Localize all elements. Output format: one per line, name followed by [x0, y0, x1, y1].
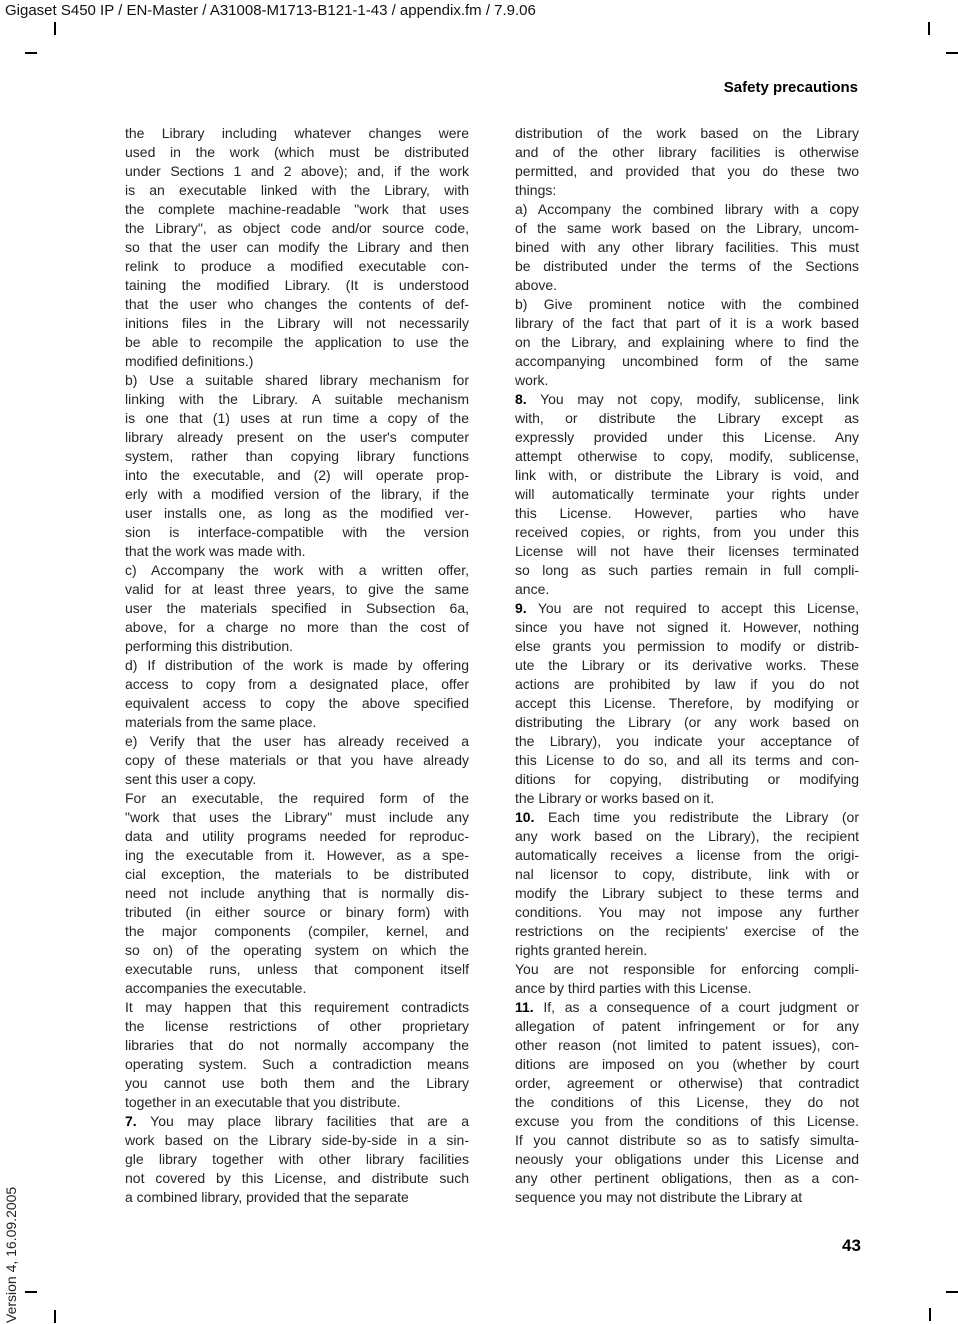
text-line: 9. You are not required to accept this L… — [515, 599, 859, 618]
text-line: sequence you may not distribute the Libr… — [515, 1188, 859, 1207]
text-line: link with, or distribute the Library is … — [515, 466, 859, 485]
text-line: relink to produce a modified executable … — [125, 257, 469, 276]
section-number: 9. — [515, 600, 527, 616]
text-line: order, agreement or otherwise) that cont… — [515, 1074, 859, 1093]
text-line: is one that (1) uses at run time a copy … — [125, 409, 469, 428]
text-line: access to copy from a designated place, … — [125, 675, 469, 694]
text-line: things: — [515, 181, 859, 200]
text-line: ing the executable from it. However, as … — [125, 846, 469, 865]
text-line: the license restrictions of other propri… — [125, 1017, 469, 1036]
page-number: 43 — [842, 1236, 861, 1256]
text-line: linking with the Library. A suitable mec… — [125, 390, 469, 409]
section-number: 11. — [515, 999, 534, 1015]
text-line: that the work was made with. — [125, 542, 469, 561]
text-line: sion is interface-compatible with the ve… — [125, 523, 469, 542]
document-header-file-info: Gigaset S450 IP / EN-Master / A31008-M17… — [5, 1, 536, 21]
text-line: License will not have their licenses ter… — [515, 542, 859, 561]
text-line: a combined library, provided that the se… — [125, 1188, 469, 1207]
section-number: 10. — [515, 809, 534, 825]
text-line: so long as such parties remain in full c… — [515, 561, 859, 580]
text-line: bined with any other library facilities.… — [515, 238, 859, 257]
text-line: equivalent access to copy the above spec… — [125, 694, 469, 713]
text-line: you cannot use both them and the Library — [125, 1074, 469, 1093]
text-line: attempt otherwise to copy, modify, subli… — [515, 447, 859, 466]
text-line: other reason (not limited to patent issu… — [515, 1036, 859, 1055]
text-line: work. — [515, 371, 859, 390]
text-line: ditions for copying, distributing or mod… — [515, 770, 859, 789]
text-line: be able to recompile the application to … — [125, 333, 469, 352]
text-line: of the same work based on the Library, u… — [515, 219, 859, 238]
text-line: automatically receives a license from th… — [515, 846, 859, 865]
text-line: For an executable, the required form of … — [125, 789, 469, 808]
text-line: libraries that do not normally accompany… — [125, 1036, 469, 1055]
text-line: 8. You may not copy, modify, sublicense,… — [515, 390, 859, 409]
right-column: distribution of the work based on the Li… — [515, 124, 859, 1207]
paragraph: 11. If, as a consequence of a court judg… — [515, 998, 859, 1207]
text-line: ance. — [515, 580, 859, 599]
text-line: any other pertinent obligations, then as… — [515, 1169, 859, 1188]
text-line: library already present on the user's co… — [125, 428, 469, 447]
text-line: permitted, and provided that you do thes… — [515, 162, 859, 181]
paragraph: distribution of the work based on the Li… — [515, 124, 859, 200]
text-line: so on) of the operating system on which … — [125, 941, 469, 960]
text-line: any work based on the Library), the reci… — [515, 827, 859, 846]
text-line: operating system. Such a contradiction m… — [125, 1055, 469, 1074]
text-line: performing this distribution. — [125, 637, 469, 656]
text-line: You are not responsible for enforcing co… — [515, 960, 859, 979]
text-line: user the materials specified in Subsecti… — [125, 599, 469, 618]
paragraph: It may happen that this requirement cont… — [125, 998, 469, 1112]
text-line: conditions. You may not impose any furth… — [515, 903, 859, 922]
paragraph: You are not responsible for enforcing co… — [515, 960, 859, 998]
paragraph: 10. Each time you redistribute the Libra… — [515, 808, 859, 960]
text-line: cial exception, the materials to be dist… — [125, 865, 469, 884]
paragraph: 8. You may not copy, modify, sublicense,… — [515, 390, 859, 599]
text-line: accompanies the executable. — [125, 979, 469, 998]
text-line: materials from the same place. — [125, 713, 469, 732]
text-line: received copies, or rights, from you und… — [515, 523, 859, 542]
paragraph: 9. You are not required to accept this L… — [515, 599, 859, 808]
text-line: the major components (compiler, kernel, … — [125, 922, 469, 941]
section-number: 7. — [125, 1113, 137, 1129]
text-line: It may happen that this requirement cont… — [125, 998, 469, 1017]
text-line: tributed (in either source or binary for… — [125, 903, 469, 922]
text-line: the conditions of this License, they do … — [515, 1093, 859, 1112]
text-line: initions files in the Library will not n… — [125, 314, 469, 333]
text-line: user installs one, as long as the modifi… — [125, 504, 469, 523]
text-line: data and utility programs needed for rep… — [125, 827, 469, 846]
text-line: that the user who changes the contents o… — [125, 295, 469, 314]
text-line: distribution of the work based on the Li… — [515, 124, 859, 143]
text-line: 7. You may place library facilities that… — [125, 1112, 469, 1131]
text-line: copy of these materials or that you have… — [125, 751, 469, 770]
left-column: the Library including whatever changes w… — [125, 124, 469, 1207]
text-line: this License. However, parties who have — [515, 504, 859, 523]
crop-mark-bottom-left-horizontal — [25, 1291, 37, 1293]
text-line: library of the fact that part of it is a… — [515, 314, 859, 333]
text-line: actions are prohibited by law if you do … — [515, 675, 859, 694]
text-line: the complete machine-readable "work that… — [125, 200, 469, 219]
text-line: b) Use a suitable shared library mechani… — [125, 371, 469, 390]
paragraph: d) If distribution of the work is made b… — [125, 656, 469, 732]
text-line: the Library", as object code and/or sour… — [125, 219, 469, 238]
crop-mark-top-left-vertical — [54, 22, 56, 35]
text-line: modified definitions.) — [125, 352, 469, 371]
paragraph: a) Accompany the combined library with a… — [515, 200, 859, 295]
text-line: b) Give prominent notice with the combin… — [515, 295, 859, 314]
paragraph: the Library including whatever changes w… — [125, 124, 469, 371]
text-line: and of the other library facilities is o… — [515, 143, 859, 162]
text-line: work based on the Library side-by-side i… — [125, 1131, 469, 1150]
text-line: If you cannot distribute so as to satisf… — [515, 1131, 859, 1150]
paragraph: b) Use a suitable shared library mechani… — [125, 371, 469, 561]
text-line: ance by third parties with this License. — [515, 979, 859, 998]
paragraph: e) Verify that the user has already rece… — [125, 732, 469, 789]
text-line: rights granted herein. — [515, 941, 859, 960]
text-line: e) Verify that the user has already rece… — [125, 732, 469, 751]
text-line: expressly provided under this License. A… — [515, 428, 859, 447]
text-line: the Library), you indicate your acceptan… — [515, 732, 859, 751]
text-line: ute the Library or its derivative works.… — [515, 656, 859, 675]
crop-mark-bottom-left-vertical — [54, 1310, 56, 1323]
paragraph: b) Give prominent notice with the combin… — [515, 295, 859, 390]
text-line: ditions are imposed on you (whether by c… — [515, 1055, 859, 1074]
text-line: is an executable linked with the Library… — [125, 181, 469, 200]
text-line: since you have not signed it. However, n… — [515, 618, 859, 637]
text-line: accept this License. Therefore, by modif… — [515, 694, 859, 713]
text-line: c) Accompany the work with a written off… — [125, 561, 469, 580]
crop-mark-top-right-vertical — [928, 22, 930, 35]
text-line: above, for a charge no more than the cos… — [125, 618, 469, 637]
text-line: sent this user a copy. — [125, 770, 469, 789]
text-line: modify the Library subject to these term… — [515, 884, 859, 903]
text-line: used in the work (which must be distribu… — [125, 143, 469, 162]
text-line: this License to do so, and all its terms… — [515, 751, 859, 770]
crop-mark-top-right-horizontal — [946, 52, 958, 54]
text-line: will automatically terminate your rights… — [515, 485, 859, 504]
text-line: else grants you permission to modify or … — [515, 637, 859, 656]
crop-mark-top-left-horizontal — [25, 52, 37, 54]
text-line: erly with a modified version of the libr… — [125, 485, 469, 504]
text-line: gle library together with other library … — [125, 1150, 469, 1169]
text-line: with, or distribute the Library except a… — [515, 409, 859, 428]
paragraph: 7. You may place library facilities that… — [125, 1112, 469, 1207]
text-line: the Library including whatever changes w… — [125, 124, 469, 143]
paragraph: c) Accompany the work with a written off… — [125, 561, 469, 656]
text-line: system, rather than copying library func… — [125, 447, 469, 466]
text-line: under Sections 1 and 2 above); and, if t… — [125, 162, 469, 181]
text-line: nal licensor to copy, distribute, link w… — [515, 865, 859, 884]
text-line: on the Library, and explaining where to … — [515, 333, 859, 352]
text-line: allegation of patent infringement or for… — [515, 1017, 859, 1036]
text-line: neously your obligations under this Lice… — [515, 1150, 859, 1169]
text-line: valid for at least three years, to give … — [125, 580, 469, 599]
text-line: need not include anything that is normal… — [125, 884, 469, 903]
crop-mark-bottom-right-vertical — [929, 1308, 931, 1321]
section-title: Safety precautions — [724, 79, 858, 96]
text-line: above. — [515, 276, 859, 295]
text-line: together in an executable that you distr… — [125, 1093, 469, 1112]
text-line: "work that uses the Library" must includ… — [125, 808, 469, 827]
text-line: 10. Each time you redistribute the Libra… — [515, 808, 859, 827]
text-line: taining the modified Library. (It is und… — [125, 276, 469, 295]
text-line: excuse you from the conditions of this L… — [515, 1112, 859, 1131]
text-line: the Library or works based on it. — [515, 789, 859, 808]
text-line: not covered by this License, and distrib… — [125, 1169, 469, 1188]
text-line: distributing the Library (or any work ba… — [515, 713, 859, 732]
text-line: so that the user can modify the Library … — [125, 238, 469, 257]
text-line: into the executable, and (2) will operat… — [125, 466, 469, 485]
text-line: executable runs, unless that component i… — [125, 960, 469, 979]
text-line: be distributed under the terms of the Se… — [515, 257, 859, 276]
section-number: 8. — [515, 391, 527, 407]
text-line: a) Accompany the combined library with a… — [515, 200, 859, 219]
version-note: Version 4, 16.09.2005 — [3, 1187, 19, 1323]
paragraph: For an executable, the required form of … — [125, 789, 469, 998]
text-line: 11. If, as a consequence of a court judg… — [515, 998, 859, 1017]
text-line: restrictions on the recipients' exercise… — [515, 922, 859, 941]
text-line: d) If distribution of the work is made b… — [125, 656, 469, 675]
text-line: accompanying uncombined form of the same — [515, 352, 859, 371]
crop-mark-bottom-right-horizontal — [946, 1291, 958, 1293]
